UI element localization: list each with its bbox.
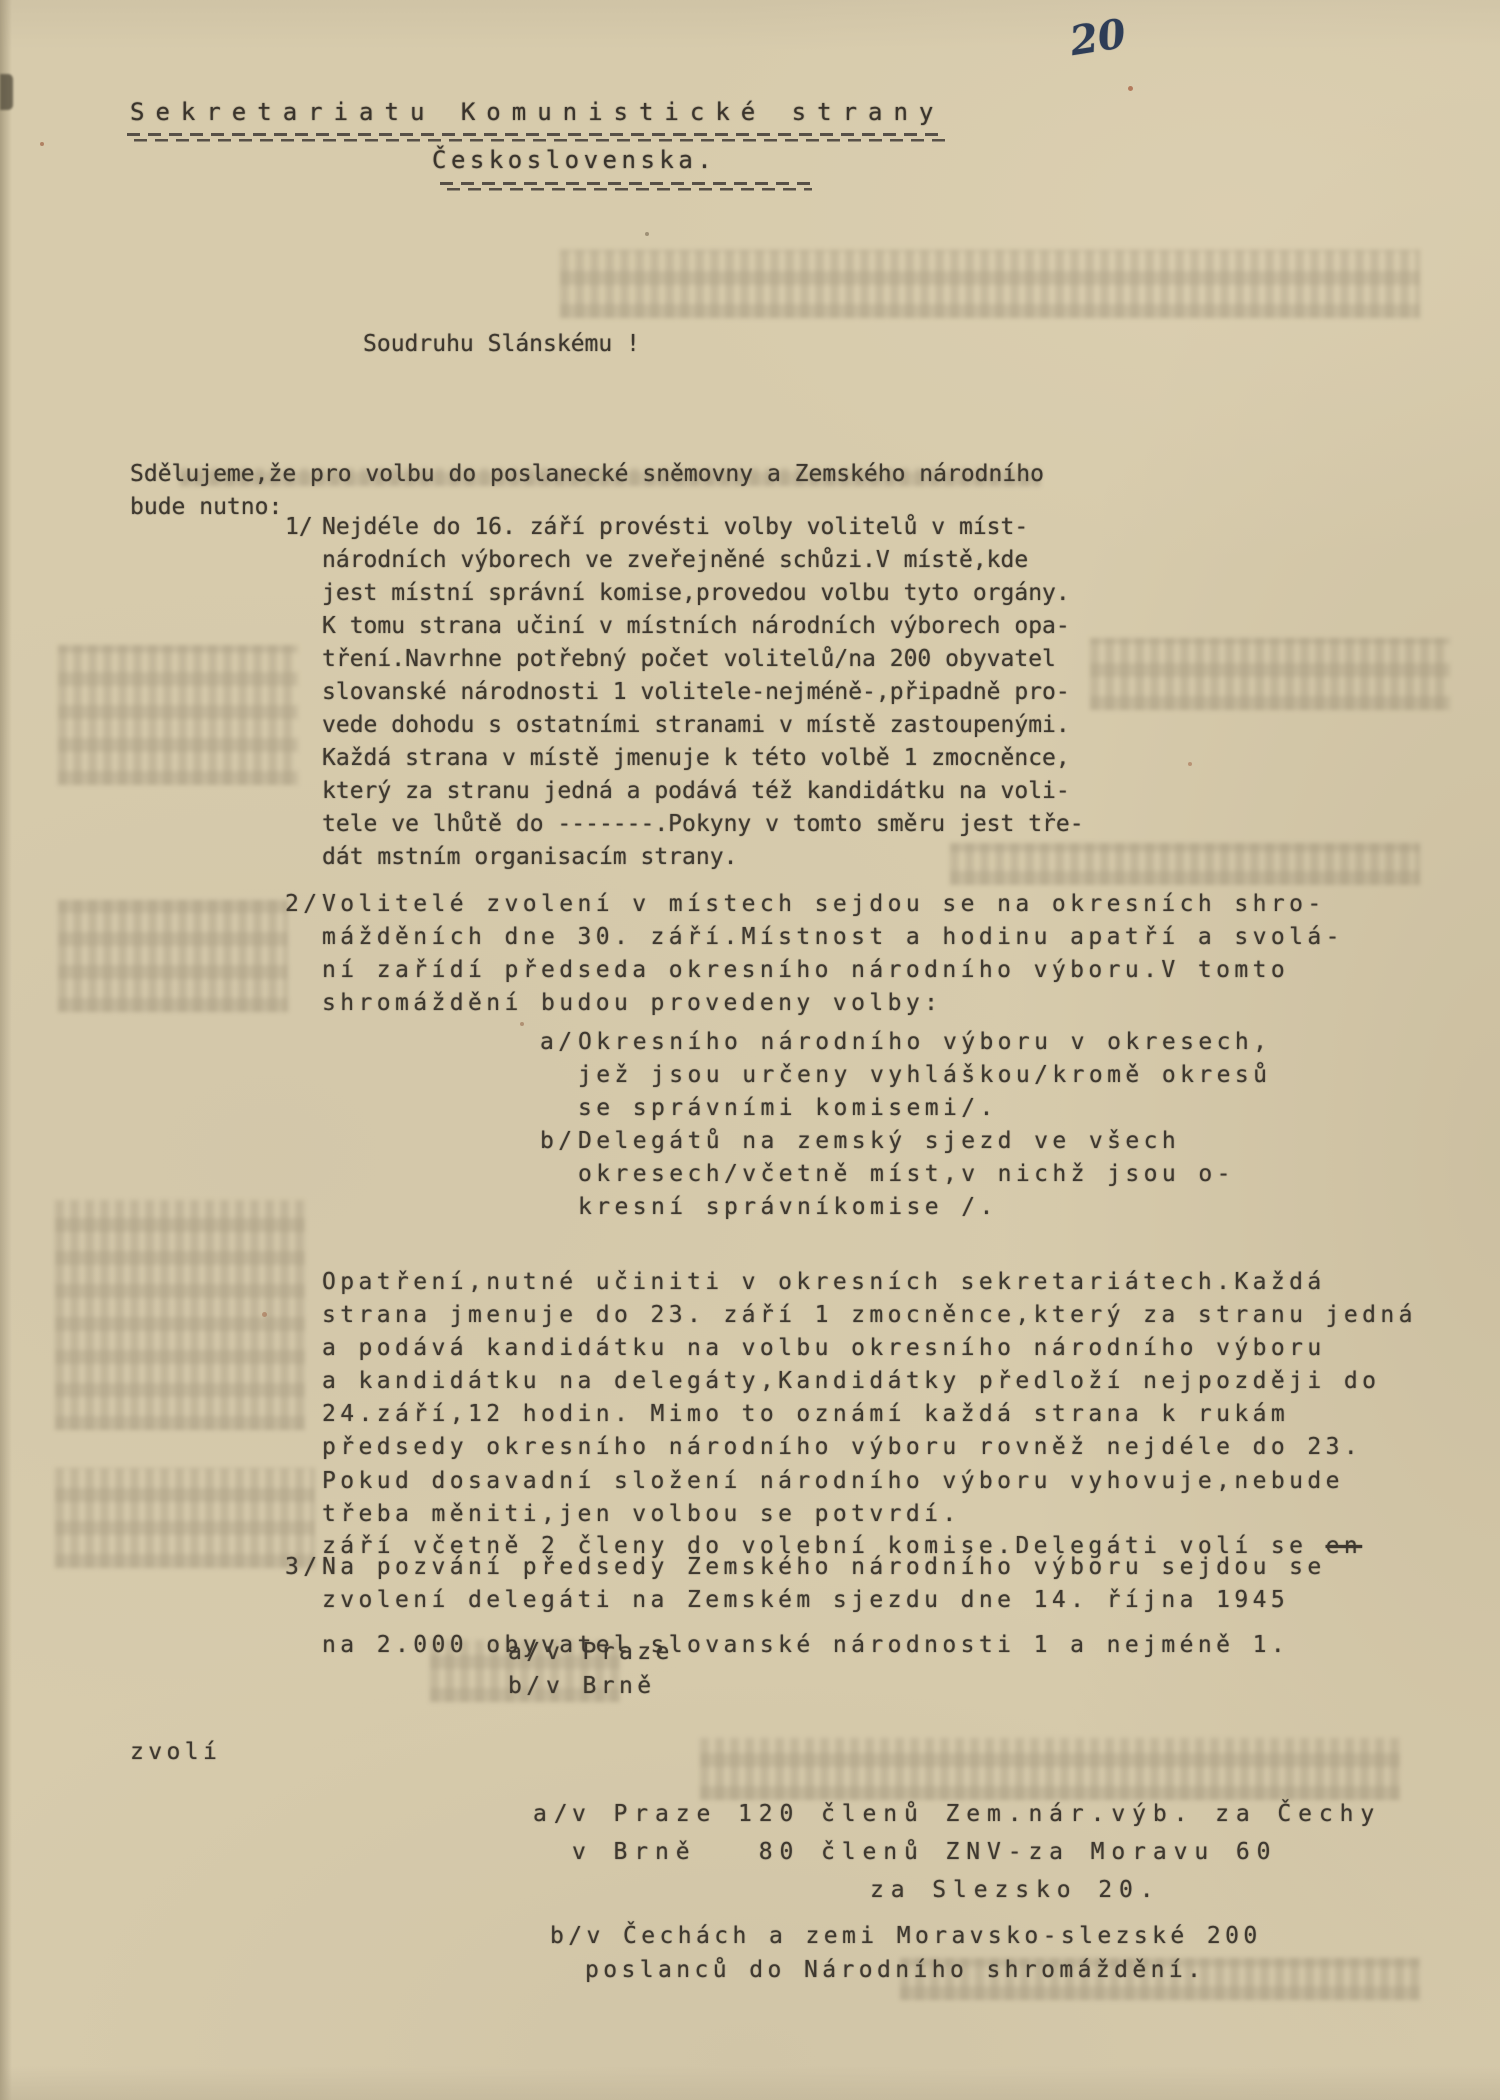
text-line: 24.září,12 hodin. Mimo to oznámí každá s… <box>322 1398 1417 1431</box>
item2a-marker: a/ <box>540 1026 577 1059</box>
text-line: vede dohodu s ostatními stranami v místě… <box>322 709 1084 742</box>
venue-b-text: v Brně <box>546 1670 655 1703</box>
item2b-marker: b/ <box>540 1125 577 1158</box>
document-title-line2: Československa. <box>432 146 716 174</box>
text-line: Okresního národního výboru v okresech, <box>578 1026 1271 1059</box>
dashed-underline <box>440 182 812 191</box>
item2-marker: 2/ <box>285 888 322 921</box>
text-line: Pokud dosavadní složení národního výboru… <box>322 1465 1344 1498</box>
district-paragraph-lines: Opatření,nutné učiniti v okresních sekre… <box>322 1266 1417 1464</box>
bleed-through-smudge <box>560 250 1420 318</box>
paper-speck <box>1188 762 1192 766</box>
text-line: jest místní správní komise,provedou volb… <box>322 577 1084 610</box>
struck-word: en <box>1326 1533 1363 1559</box>
venue-b-marker: b/ <box>508 1670 545 1703</box>
allocation-a-line3: za Slezsko 20. <box>870 1874 1160 1907</box>
dashed-underline <box>127 133 945 142</box>
text-line: předsedy okresního národního výboru rovn… <box>322 1431 1417 1464</box>
text-line: tele ve lhůtě do -------.Pokyny v tomto … <box>322 808 1084 841</box>
paper-speck <box>262 1312 267 1317</box>
item1-paragraph: Nejdéle do 16. září provésti volby volit… <box>322 511 1084 874</box>
paper-speck <box>1128 86 1133 91</box>
text-line: jež jsou určeny vyhláškou/kromě okresů <box>578 1059 1271 1092</box>
document-title-line1: Sekretariatu Komunistické strany <box>130 98 944 126</box>
text-line: se správními komisemi/. <box>578 1092 1271 1125</box>
item2a-paragraph: Okresního národního výboru v okresech,je… <box>578 1026 1271 1125</box>
paper-speck <box>520 1022 524 1026</box>
text-line: Sdělujeme,že pro volbu do poslanecké sně… <box>130 458 1044 491</box>
text-line: okresech/včetně míst,v nichž jsou o- <box>578 1158 1235 1191</box>
bleed-through-smudge <box>55 1468 315 1568</box>
text-line: Opatření,nutné učiniti v okresních sekre… <box>322 1266 1417 1299</box>
text-line: a kandidátku na delegáty,Kandidátky před… <box>322 1365 1417 1398</box>
salutation: Soudruhu Slánskému ! <box>363 328 640 361</box>
text-line: shromáždění budou provedeny volby: <box>322 987 1344 1020</box>
page-number: 20 <box>1067 10 1129 65</box>
bleed-through-smudge <box>58 645 298 785</box>
allocation-a-marker: a/ <box>533 1798 575 1831</box>
text-line: K tomu strana učiní v místních národních… <box>322 610 1084 643</box>
district-paragraph: Opatření,nutné učiniti v okresních sekre… <box>322 1200 1417 1728</box>
allocation-b-line2: poslanců do Národního shromáždění. <box>585 1954 1205 1987</box>
text-line: Každá strana v místě jmenuje k této volb… <box>322 742 1084 775</box>
document-page: 20 Sekretariatu Komunistické strany Česk… <box>0 0 1500 2100</box>
text-line: mážděních dne 30. září.Místnost a hodinu… <box>322 921 1344 954</box>
text-line: zvolení delegáti na Zemském sjezdu dne 1… <box>322 1584 1326 1617</box>
item3-marker: 3/ <box>285 1551 322 1584</box>
paper-speck <box>645 232 649 236</box>
text-line: který za stranu jedná a podává též kandi… <box>322 775 1084 808</box>
district-paragraph-line8: na 2.000 obyvatel slovanské národnosti 1… <box>322 1629 1417 1662</box>
venue-a-marker: a/ <box>508 1636 545 1669</box>
text-line: ní zařídí předseda okresního národního v… <box>322 954 1344 987</box>
item2-paragraph: Volitelé zvolení v místech sejdou se na … <box>322 888 1344 1020</box>
text-line: Volitelé zvolení v místech sejdou se na … <box>322 888 1344 921</box>
allocation-a-line2: v Brně 80 členů ZNV-za Moravu 60 <box>572 1836 1277 1869</box>
venue-a-text: v Praze <box>546 1636 674 1669</box>
text-line: strana jmenuje do 23. září 1 zmocněnce,k… <box>322 1299 1417 1332</box>
bleed-through-smudge <box>55 1200 305 1430</box>
item3-paragraph: Na pozvání předsedy Zemského národního v… <box>322 1551 1326 1617</box>
allocation-a-line1: v Praze 120 členů Zem.nár.výb. za Čechy <box>572 1798 1381 1831</box>
bleed-through-smudge <box>700 1738 1400 1800</box>
item1-marker: 1/ <box>285 511 313 544</box>
allocation-b-line1: b/v Čechách a zemi Moravsko-slezské 200 <box>550 1920 1262 1953</box>
text-line: třeba měniti,jen volbou se potvrdí. <box>322 1498 1344 1531</box>
text-line: národních výborech ve zveřejněné schůzi.… <box>322 544 1084 577</box>
text-line: tření.Navrhne potřebný počet volitelů/na… <box>322 643 1084 676</box>
text-line: Delegátů na zemský sjezd ve všech <box>578 1125 1235 1158</box>
text-line: slovanské národnosti 1 volitele-nejméně-… <box>322 676 1084 709</box>
text-line: Nejdéle do 16. září provésti volby volit… <box>322 511 1084 544</box>
text-line: dát mstním organisacím strany. <box>322 841 1084 874</box>
zvoli-label: zvolí <box>130 1736 221 1769</box>
text-line: Na pozvání předsedy Zemského národního v… <box>322 1551 1326 1584</box>
bleed-through-smudge <box>1090 638 1450 710</box>
bleed-through-smudge <box>58 900 288 1012</box>
paper-speck <box>40 142 44 146</box>
text-line: a podává kandidátku na volbu okresního n… <box>322 1332 1417 1365</box>
confirmation-paragraph: Pokud dosavadní složení národního výboru… <box>322 1465 1344 1531</box>
edge-ink-mark <box>0 74 13 110</box>
